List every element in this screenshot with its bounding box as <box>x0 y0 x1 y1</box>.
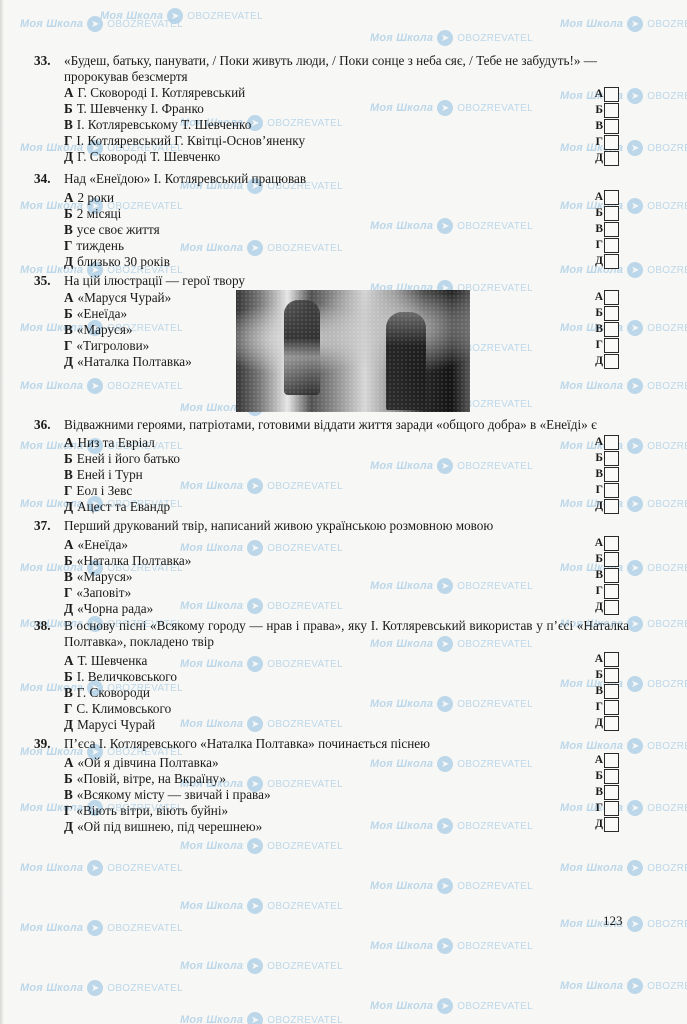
answer-letter: Б <box>595 104 603 116</box>
answer-option-2[interactable]: В <box>589 321 619 337</box>
answer-option-4[interactable]: Д <box>589 150 619 166</box>
answer-boxes-36: АБВГД <box>589 434 619 514</box>
answer-checkbox[interactable] <box>604 536 619 551</box>
answer-checkbox[interactable] <box>604 769 619 784</box>
watermark: Моя Школа➤OBOZREVATEL <box>20 860 183 876</box>
answer-checkbox[interactable] <box>604 306 619 321</box>
answer-option-0[interactable]: А <box>589 651 619 667</box>
answer-option-2[interactable]: В <box>589 466 619 482</box>
answer-option-3[interactable]: Г <box>589 800 619 816</box>
question-38: 38. В основу пісні «Всякому городу — нра… <box>34 618 629 733</box>
obozrevatel-logo-icon: ➤ <box>437 878 453 894</box>
obozrevatel-logo-icon: ➤ <box>627 88 643 104</box>
answer-letter: А <box>595 191 603 203</box>
question-33: 33. «Будеш, батьку, панувати, / Поки жив… <box>34 53 629 165</box>
watermark: Моя Школа➤OBOZREVATEL <box>370 998 533 1014</box>
answer-checkbox[interactable] <box>604 716 619 731</box>
option-d: Д«Чорна рада» <box>64 601 629 617</box>
question-text: Над «Енеїдою» І. Котляревський працював <box>64 171 629 187</box>
obozrevatel-logo-icon: ➤ <box>627 916 643 932</box>
answer-letter: Г <box>596 239 603 251</box>
answer-option-0[interactable]: А <box>589 189 619 205</box>
answer-option-3[interactable]: Г <box>589 583 619 599</box>
option-b: БТ. Шевченку І. Франко <box>64 101 629 117</box>
illustration-photo <box>236 290 470 412</box>
answer-boxes-37: АБВГД <box>589 535 619 615</box>
answer-checkbox[interactable] <box>604 254 619 269</box>
answer-option-1[interactable]: Б <box>589 102 619 118</box>
answer-checkbox[interactable] <box>604 652 619 667</box>
answer-checkbox[interactable] <box>604 684 619 699</box>
obozrevatel-logo-icon: ➤ <box>627 378 643 394</box>
answer-letter: Г <box>596 339 603 351</box>
option-h: Г«Віють вітри, віють буйні» <box>64 803 629 819</box>
answer-checkbox[interactable] <box>604 119 619 134</box>
question-number: 36. <box>34 417 64 433</box>
question-text: В основу пісні «Всякому городу — нрав і … <box>64 618 629 650</box>
question-number: 33. <box>34 53 64 85</box>
answer-letter: В <box>595 786 603 798</box>
obozrevatel-logo-icon: ➤ <box>627 860 643 876</box>
answer-checkbox[interactable] <box>604 483 619 498</box>
watermark: Моя Школа➤OBOZREVATEL <box>20 378 183 394</box>
answer-boxes-34: АБВГД <box>589 189 619 269</box>
answer-letter: Д <box>595 717 603 729</box>
answer-letter: Б <box>595 452 603 464</box>
option-v: В«Маруся» <box>64 569 629 585</box>
answer-letter: А <box>595 88 603 100</box>
option-d: ДГ. Сковороді Т. Шевченко <box>64 149 629 165</box>
options-list: АНиз та Евріал БЕней і його батько ВЕней… <box>64 435 629 515</box>
watermark: Моя Школа➤OBOZREVATEL <box>20 16 183 32</box>
obozrevatel-logo-icon: ➤ <box>87 860 103 876</box>
option-b: Б«Наталка Полтавка» <box>64 553 629 569</box>
answer-letter: Б <box>595 553 603 565</box>
answer-checkbox[interactable] <box>604 238 619 253</box>
answer-checkbox[interactable] <box>604 206 619 221</box>
options-list: АТ. Шевченка БІ. Величковського ВГ. Сков… <box>64 653 629 733</box>
option-v: ВЕней і Турн <box>64 467 629 483</box>
option-h: ГС. Климовського <box>64 701 629 717</box>
question-number: 38. <box>34 618 64 650</box>
answer-letter: Д <box>595 500 603 512</box>
option-b: БЕней і його батько <box>64 451 629 467</box>
obozrevatel-logo-icon: ➤ <box>167 8 183 24</box>
obozrevatel-logo-icon: ➤ <box>627 738 643 754</box>
answer-option-4[interactable]: Д <box>589 253 619 269</box>
answer-option-2[interactable]: В <box>589 118 619 134</box>
textbook-page: Моя Школа➤OBOZREVATELМоя Школа➤OBOZREVAT… <box>0 0 687 1024</box>
obozrevatel-logo-icon: ➤ <box>247 1012 263 1024</box>
question-number: 35. <box>34 273 64 289</box>
answer-checkbox[interactable] <box>604 151 619 166</box>
answer-option-4[interactable]: Д <box>589 715 619 731</box>
question-text: На цій ілюстрації — герої твору <box>64 273 629 289</box>
answer-letter: Д <box>595 152 603 164</box>
watermark: Моя Школа➤OBOZREVATEL <box>180 898 343 914</box>
answer-checkbox[interactable] <box>604 600 619 615</box>
answer-letter: Г <box>596 585 603 597</box>
options-list: А«Енеїда» Б«Наталка Полтавка» В«Маруся» … <box>64 537 629 617</box>
option-v: Вусе своє життя <box>64 222 629 238</box>
answer-option-2[interactable]: В <box>589 221 619 237</box>
watermark: Моя Школа➤OBOZREVATEL <box>180 958 343 974</box>
obozrevatel-logo-icon: ➤ <box>437 30 453 46</box>
option-v: В«Всякому місту — звичай і права» <box>64 787 629 803</box>
answer-option-3[interactable]: Г <box>589 134 619 150</box>
answer-option-3[interactable]: Г <box>589 237 619 253</box>
option-b: Б2 місяці <box>64 206 629 222</box>
obozrevatel-logo-icon: ➤ <box>627 616 643 632</box>
answer-checkbox[interactable] <box>604 290 619 305</box>
answer-boxes-38: АБВГД <box>589 651 619 731</box>
option-b: БІ. Величковського <box>64 669 629 685</box>
answer-letter: Д <box>595 818 603 830</box>
obozrevatel-logo-icon: ➤ <box>627 496 643 512</box>
answer-option-0[interactable]: А <box>589 86 619 102</box>
answer-checkbox[interactable] <box>604 103 619 118</box>
answer-checkbox[interactable] <box>604 354 619 369</box>
answer-checkbox[interactable] <box>604 568 619 583</box>
answer-letter: А <box>595 653 603 665</box>
option-b: Б«Повій, вітре, на Вкраїну» <box>64 771 629 787</box>
answer-option-1[interactable]: Б <box>589 450 619 466</box>
answer-letter: В <box>595 223 603 235</box>
answer-option-0[interactable]: А <box>589 752 619 768</box>
answer-option-4[interactable]: Д <box>589 498 619 514</box>
answer-option-2[interactable]: В <box>589 784 619 800</box>
watermark: Моя Школа➤OBOZREVATEL <box>20 920 183 936</box>
answer-checkbox[interactable] <box>604 190 619 205</box>
answer-option-0[interactable]: А <box>589 535 619 551</box>
obozrevatel-logo-icon: ➤ <box>437 998 453 1014</box>
answer-letter: Г <box>596 136 603 148</box>
page-edge-shadow <box>0 0 4 1024</box>
answer-option-1[interactable]: Б <box>589 768 619 784</box>
obozrevatel-logo-icon: ➤ <box>627 978 643 994</box>
watermark: Моя Школа➤OBOZREVATEL <box>370 30 533 46</box>
obozrevatel-logo-icon: ➤ <box>627 262 643 278</box>
answer-letter: Б <box>595 207 603 219</box>
watermark: Моя Школа➤OBOZREVATEL <box>560 978 687 994</box>
obozrevatel-logo-icon: ➤ <box>247 898 263 914</box>
question-number: 39. <box>34 736 64 752</box>
option-h: Гтиждень <box>64 238 629 254</box>
watermark: Моя Школа➤OBOZREVATEL <box>20 980 183 996</box>
answer-checkbox[interactable] <box>604 338 619 353</box>
obozrevatel-logo-icon: ➤ <box>87 980 103 996</box>
question-37: 37. Перший друкований твір, написаний жи… <box>34 518 629 617</box>
question-text: Перший друкований твір, написаний живою … <box>64 518 629 534</box>
question-text: П’єса І. Котляревського «Наталка Полтавк… <box>64 736 629 752</box>
answer-checkbox[interactable] <box>604 753 619 768</box>
watermark: Моя Школа➤OBOZREVATEL <box>180 838 343 854</box>
answer-checkbox[interactable] <box>604 451 619 466</box>
obozrevatel-logo-icon: ➤ <box>437 938 453 954</box>
option-a: А«Ой я дівчина Полтавка» <box>64 755 629 771</box>
answer-checkbox[interactable] <box>604 668 619 683</box>
answer-boxes-39: АБВГД <box>589 752 619 832</box>
question-34: 34. Над «Енеїдою» І. Котляревський працю… <box>34 171 629 270</box>
watermark: Моя Школа➤OBOZREVATEL <box>560 916 687 932</box>
options-list: АГ. Сковороді І. Котляревський БТ. Шевче… <box>64 85 629 165</box>
question-number: 34. <box>34 171 64 187</box>
option-d: ДМарусі Чурай <box>64 717 629 733</box>
answer-option-4[interactable]: Д <box>589 599 619 615</box>
answer-letter: А <box>595 436 603 448</box>
option-v: ВІ. Котляревському Т. Шевченко <box>64 117 629 133</box>
answer-checkbox[interactable] <box>604 584 619 599</box>
answer-checkbox[interactable] <box>604 801 619 816</box>
answer-checkbox[interactable] <box>604 785 619 800</box>
obozrevatel-logo-icon: ➤ <box>627 800 643 816</box>
answer-checkbox[interactable] <box>604 552 619 567</box>
question-36: 36. Відважними героями, патріотами, гото… <box>34 417 629 515</box>
option-h: ГЕол і Зевс <box>64 483 629 499</box>
answer-option-2[interactable]: В <box>589 567 619 583</box>
answer-letter: А <box>595 291 603 303</box>
obozrevatel-logo-icon: ➤ <box>627 676 643 692</box>
obozrevatel-logo-icon: ➤ <box>627 438 643 454</box>
watermark: Моя Школа➤OBOZREVATEL <box>100 8 263 24</box>
obozrevatel-logo-icon: ➤ <box>247 958 263 974</box>
obozrevatel-logo-icon: ➤ <box>247 838 263 854</box>
watermark: Моя Школа➤OBOZREVATEL <box>560 378 687 394</box>
answer-letter: Д <box>595 601 603 613</box>
answer-checkbox[interactable] <box>604 499 619 514</box>
question-text: «Будеш, батьку, панувати, / Поки живуть … <box>64 53 629 85</box>
obozrevatel-logo-icon: ➤ <box>627 198 643 214</box>
answer-letter: Д <box>595 255 603 267</box>
obozrevatel-logo-icon: ➤ <box>627 320 643 336</box>
watermark: Моя Школа➤OBOZREVATEL <box>370 938 533 954</box>
option-d: ДАцест та Евандр <box>64 499 629 515</box>
answer-letter: Г <box>596 484 603 496</box>
answer-letter: А <box>595 754 603 766</box>
answer-letter: В <box>595 468 603 480</box>
answer-letter: В <box>595 685 603 697</box>
answer-letter: Г <box>596 802 603 814</box>
question-39: 39. П’єса І. Котляревського «Наталка Пол… <box>34 736 629 835</box>
obozrevatel-logo-icon: ➤ <box>627 16 643 32</box>
obozrevatel-logo-icon: ➤ <box>87 378 103 394</box>
obozrevatel-logo-icon: ➤ <box>627 560 643 576</box>
question-text: Відважними героями, патріотами, готовими… <box>64 417 629 433</box>
answer-checkbox[interactable] <box>604 467 619 482</box>
answer-option-4[interactable]: Д <box>589 353 619 369</box>
answer-checkbox[interactable] <box>604 700 619 715</box>
answer-checkbox[interactable] <box>604 322 619 337</box>
question-number: 37. <box>34 518 64 534</box>
page-number: 123 <box>603 913 623 929</box>
option-h: ГІ. Котляревський Г. Квітці-Основ’яненку <box>64 133 629 149</box>
answer-checkbox[interactable] <box>604 817 619 832</box>
obozrevatel-logo-icon: ➤ <box>87 920 103 936</box>
answer-option-1[interactable]: Б <box>589 667 619 683</box>
answer-checkbox[interactable] <box>604 87 619 102</box>
answer-option-0[interactable]: А <box>589 434 619 450</box>
option-v: ВГ. Сковороди <box>64 685 629 701</box>
answer-checkbox[interactable] <box>604 222 619 237</box>
answer-letter: В <box>595 120 603 132</box>
answer-boxes-35: АБВГД <box>589 289 619 369</box>
answer-letter: Д <box>595 355 603 367</box>
answer-option-1[interactable]: Б <box>589 305 619 321</box>
watermark: Моя Школа➤OBOZREVATEL <box>180 1012 343 1024</box>
answer-option-2[interactable]: В <box>589 683 619 699</box>
answer-option-1[interactable]: Б <box>589 551 619 567</box>
watermark: Моя Школа➤OBOZREVATEL <box>370 878 533 894</box>
answer-letter: В <box>595 569 603 581</box>
answer-letter: А <box>595 537 603 549</box>
answer-letter: Б <box>595 770 603 782</box>
answer-letter: В <box>595 323 603 335</box>
obozrevatel-logo-icon: ➤ <box>87 16 103 32</box>
option-a: АНиз та Евріал <box>64 435 629 451</box>
option-h: Г«Заповіт» <box>64 585 629 601</box>
option-a: А2 роки <box>64 190 629 206</box>
option-a: АГ. Сковороді І. Котляревський <box>64 85 629 101</box>
obozrevatel-logo-icon: ➤ <box>627 140 643 156</box>
answer-letter: Б <box>595 307 603 319</box>
answer-checkbox[interactable] <box>604 435 619 450</box>
answer-option-3[interactable]: Г <box>589 337 619 353</box>
answer-option-0[interactable]: А <box>589 289 619 305</box>
watermark: Моя Школа➤OBOZREVATEL <box>560 16 687 32</box>
answer-option-3[interactable]: Г <box>589 699 619 715</box>
answer-letter: Б <box>595 669 603 681</box>
answer-option-4[interactable]: Д <box>589 816 619 832</box>
answer-boxes-33: АБВГД <box>589 86 619 166</box>
option-d: Д«Ой під вишнею, під черешнею» <box>64 819 629 835</box>
options-list: А2 роки Б2 місяці Вусе своє життя Гтижде… <box>64 190 629 270</box>
answer-checkbox[interactable] <box>604 135 619 150</box>
option-d: Дблизько 30 років <box>64 254 629 270</box>
watermark: Моя Школа➤OBOZREVATEL <box>560 860 687 876</box>
answer-letter: Г <box>596 701 603 713</box>
option-a: А«Енеїда» <box>64 537 629 553</box>
answer-option-3[interactable]: Г <box>589 482 619 498</box>
option-a: АТ. Шевченка <box>64 653 629 669</box>
options-list: А«Ой я дівчина Полтавка» Б«Повій, вітре,… <box>64 755 629 835</box>
answer-option-1[interactable]: Б <box>589 205 619 221</box>
